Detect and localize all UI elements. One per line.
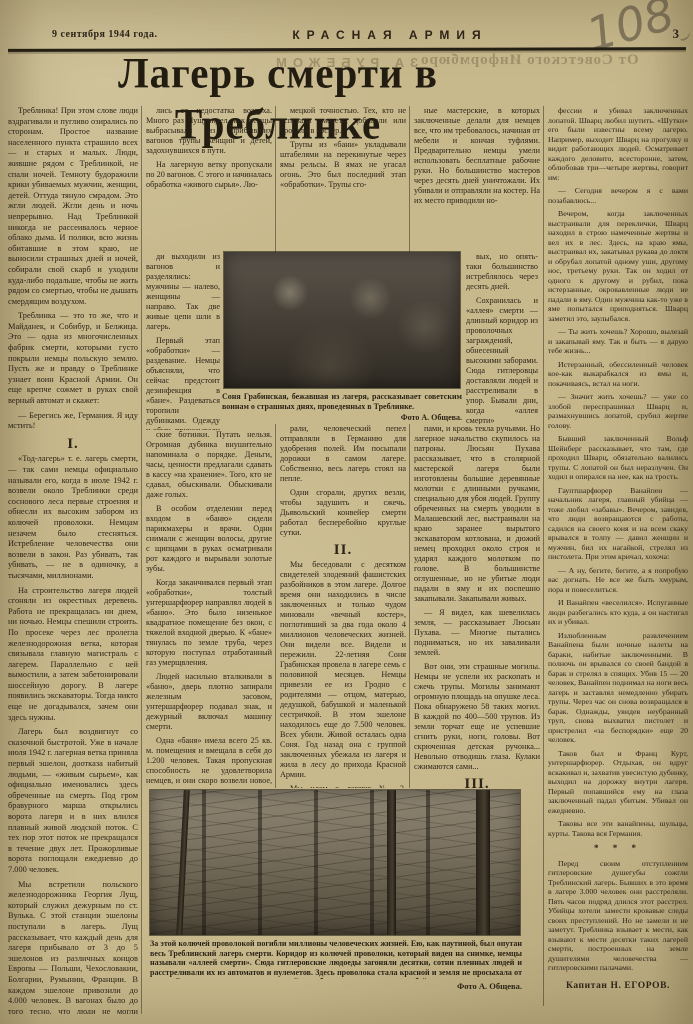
article-paragraph: Излюбленным развлечением Ванайпена были … bbox=[548, 631, 688, 745]
article-paragraph: — Значит жить хочешь? — уже со злобой пе… bbox=[548, 392, 688, 430]
column-divider bbox=[275, 424, 276, 788]
article-column-2-top: лись от недостатка воздуха. Много раз Лу… bbox=[146, 106, 272, 252]
section-heading: II. bbox=[280, 545, 406, 555]
article-paragraph: — А ну, бегите, бегите, а я попробую вас… bbox=[548, 566, 688, 595]
article-paragraph: Лагерь был воздвигнут со сказочной быстр… bbox=[8, 727, 138, 875]
article-paragraph: ские ботинки. Путать нельзя. Огромная ду… bbox=[146, 430, 272, 500]
article-column-1: Треблинка! При этом слове люди вздрагива… bbox=[8, 106, 138, 1014]
photo-barbed-wire-fence bbox=[150, 790, 520, 935]
fence-post bbox=[387, 790, 396, 935]
article-paragraph: Таков был и Франц Курт, унтершарфюрер. О… bbox=[548, 749, 688, 816]
photo2-credit: Фото А. Общева. bbox=[150, 981, 522, 991]
article-column-5: фессии и убивал заключенных лопатой. Шва… bbox=[548, 106, 688, 978]
article-paragraph: Людей насильно вталкивали в «баню», двер… bbox=[146, 672, 272, 732]
photo1-caption: Соня Грабинская, бежавшая из лагеря, рас… bbox=[222, 392, 462, 424]
masthead: КРАСНАЯ АРМИЯ bbox=[260, 28, 520, 42]
article-paragraph: Истерзанный, обессиленный человек кое-ка… bbox=[548, 360, 688, 389]
newspaper-page: 108 ЗА РУБЕЖОМ От Советского Информбюро … bbox=[0, 0, 693, 1024]
article-paragraph: ди выходили из вагонов и разделялись: му… bbox=[146, 252, 220, 332]
article-column-3-top: мецкой точностью. Тех, кто не успевали у… bbox=[280, 106, 406, 252]
fence-post bbox=[476, 790, 490, 935]
article-paragraph: пами, и кровь текла ручьями. Но лагерное… bbox=[414, 424, 540, 604]
article-column-4-beside-photo: вых, но опять-таки большинство истреблял… bbox=[466, 252, 538, 424]
article-paragraph: Треблинка! При этом слове люди вздрагива… bbox=[8, 106, 138, 307]
article-paragraph: Вот они, эти страшные могилы. Немцы не у… bbox=[414, 662, 540, 772]
article-paragraph: На строительство лагеря людей сгоняли из… bbox=[8, 586, 138, 724]
article-paragraph: — Сегодня вечером я с вами позабавлюсь..… bbox=[548, 186, 688, 205]
article-paragraph: — Я видел, как шевелилась земля, — расск… bbox=[414, 608, 540, 658]
article-paragraph: ные мастерские, в которых заключенные де… bbox=[414, 106, 540, 206]
section-separator: * * * bbox=[548, 844, 688, 854]
column-divider bbox=[543, 106, 544, 1006]
article-paragraph: вых, но опять-таки большинство истреблял… bbox=[466, 252, 538, 292]
section-heading: III. bbox=[414, 779, 540, 788]
article-paragraph: Таковы все эти ванайпены, шульцы, курты.… bbox=[548, 819, 688, 838]
photo2-caption: За этой колючей проволокой погибли милли… bbox=[150, 939, 522, 979]
article-paragraph: рали, человеческий пепел отправляли в Ге… bbox=[280, 424, 406, 484]
article-paragraph: Трупы из «бани» укладывали штабелями на … bbox=[280, 140, 406, 190]
article-paragraph: Мы встретили польского железнодорожника … bbox=[8, 880, 138, 1014]
article-paragraph: Вечером, когда заключенных выстраивали д… bbox=[548, 209, 688, 323]
photo1-caption-text: Соня Грабинская, бежавшая из лагеря, рас… bbox=[222, 392, 462, 411]
article-paragraph: Бывший заключенный Вольф Шейнберг расска… bbox=[548, 434, 688, 482]
article-paragraph: мецкой точностью. Тех, кто не успевали у… bbox=[280, 106, 406, 136]
article-paragraph: «Тод-лагерь» т. е. лагерь смерти, — так … bbox=[8, 454, 138, 581]
article-paragraph: И Ванайпен «веселился». Испуганные люди … bbox=[548, 598, 688, 627]
section-heading: I. bbox=[8, 439, 138, 450]
fence-post bbox=[176, 790, 190, 935]
article-paragraph: — Ты жить хочешь? Хорошо, вылезай и зака… bbox=[548, 327, 688, 356]
issue-date: 9 сентября 1944 года. bbox=[52, 29, 158, 40]
article-column-4-top: ные мастерские, в которых заключенные де… bbox=[414, 106, 540, 252]
column-divider bbox=[275, 106, 276, 252]
article-paragraph: В особом отделении перед входом в «баню»… bbox=[146, 504, 272, 574]
article-paragraph: Первый этап «обработки» — раздевание. Не… bbox=[146, 336, 220, 430]
article-paragraph: Перед своим отступлением гитлеровские ду… bbox=[548, 859, 688, 973]
article-column-3-bottom: рали, человеческий пепел отправляли в Ге… bbox=[280, 424, 406, 788]
article-paragraph: Мы идем к лагерю № 2, расположенному от … bbox=[280, 784, 406, 788]
article-paragraph: фессии и убивал заключенных лопатой. Шва… bbox=[548, 106, 688, 182]
photo-sonya-grabinskaya bbox=[224, 252, 460, 388]
article-byline: Капитан Н. ЕГОРОВ. bbox=[548, 981, 688, 991]
article-paragraph: Сохранилась и «аллея» смерти — длинный к… bbox=[466, 296, 538, 424]
photo1-credit: Фото А. Общева. bbox=[401, 413, 462, 423]
column-divider bbox=[141, 106, 142, 1014]
article-paragraph: На лагерную ветку пропускали по 20 вагон… bbox=[146, 160, 272, 190]
article-paragraph: Гауптшарфюрер Ванайпен — начальник лагер… bbox=[548, 486, 688, 562]
article-paragraph: лись от недостатка воздуха. Много раз Лу… bbox=[146, 106, 272, 156]
photo2-caption-text: За этой колючей проволокой погибли милли… bbox=[150, 939, 522, 979]
article-paragraph: Мы беседовали с десятком свидетелей злод… bbox=[280, 560, 406, 780]
column-divider bbox=[409, 424, 410, 788]
article-column-4-bottom: пами, и кровь текла ручьями. Но лагерное… bbox=[414, 424, 540, 788]
article-column-2-beside-photo: ди выходили из вагонов и разделялись: му… bbox=[146, 252, 220, 430]
article-paragraph: — Берегись же, Германия. Я иду мстить! bbox=[8, 411, 138, 432]
article-paragraph: Когда заканчивался первый этап «обработк… bbox=[146, 578, 272, 668]
article-column-2-bottom: ские ботинки. Путать нельзя. Огромная ду… bbox=[146, 430, 272, 788]
article-paragraph: Треблинка — это то же, что и Майданек, и… bbox=[8, 311, 138, 406]
article-paragraph: Одна «баня» имела всего 25 кв. м. помеще… bbox=[146, 736, 272, 788]
column-divider bbox=[409, 106, 410, 252]
article-paragraph: Одни сгорали, других везли, чтобы задуши… bbox=[280, 488, 406, 538]
